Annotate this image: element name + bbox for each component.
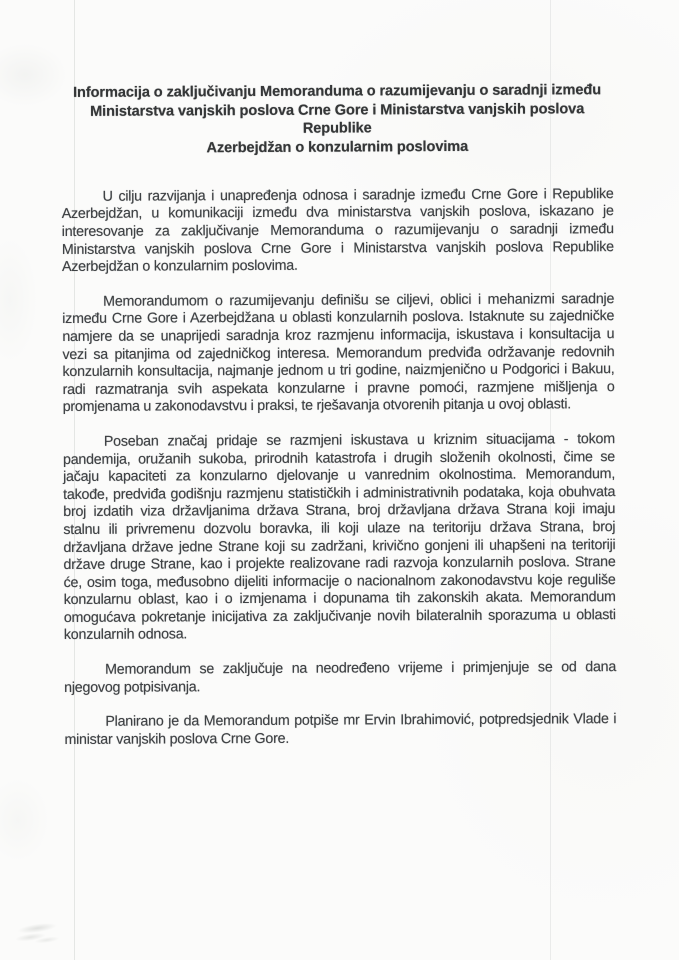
document-title: Informacija o zaključivanju Memoranduma … [61,81,613,159]
document-paragraph-crisis-data-exchange: Poseban značaj pridaje se razmjeni iskus… [63,431,616,645]
scanned-document-page: Informacija o zaključivanju Memoranduma … [0,0,679,960]
document-paragraph-duration: Memorandum se zaključuje na neodređeno v… [64,659,616,697]
scan-artifact-smudge [6,912,72,954]
document-body: Informacija o zaključivanju Memoranduma … [61,81,616,749]
document-title-line-1: Informacija o zaključivanju Memoranduma … [61,81,613,103]
document-paragraph-memorandum-goals: Memorandumom o razumijevanju definišu se… [62,291,615,417]
document-title-line-3: Azerbejdžan o konzularnim poslovima [61,137,613,159]
document-paragraph-intro: U cilju razvijanja i unapređenja odnosa … [62,186,614,277]
document-title-line-2: Ministarstva vanjskih poslova Crne Gore … [61,100,613,140]
document-paragraph-signatory: Planirano je da Memorandum potpiše mr Er… [64,711,616,749]
